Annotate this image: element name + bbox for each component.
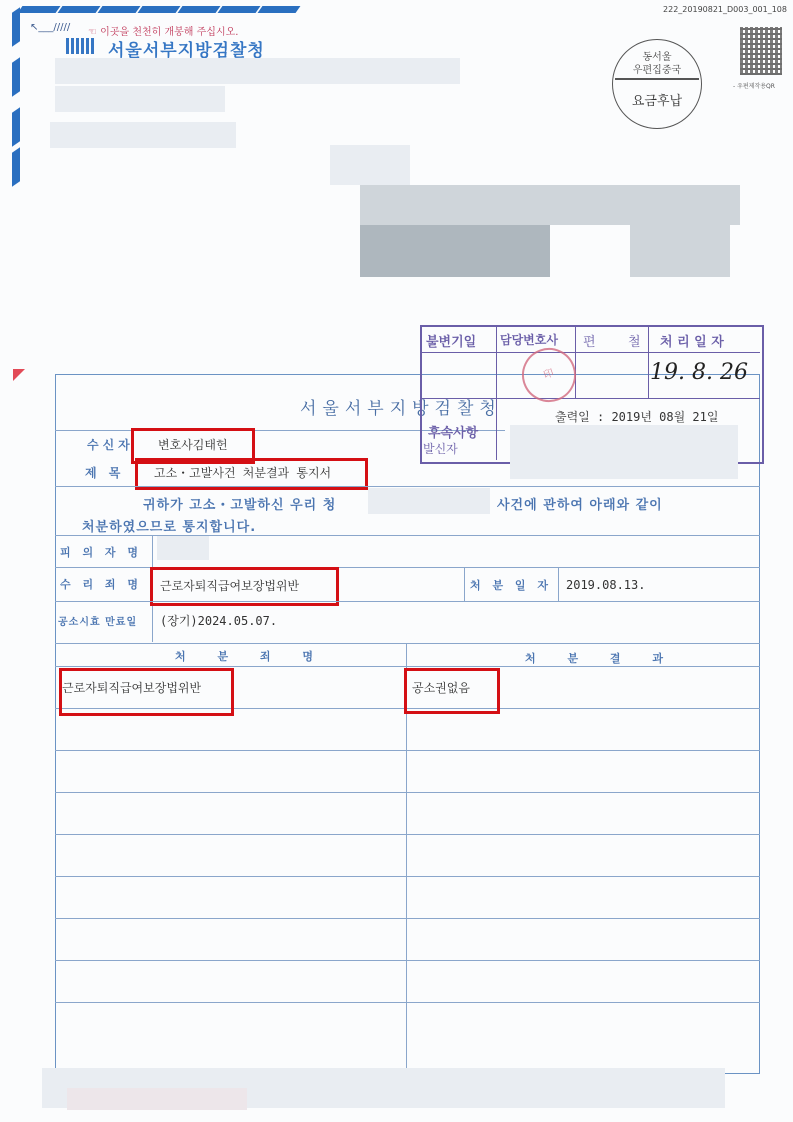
redacted-recipient [360, 225, 550, 277]
stripe [258, 6, 301, 13]
redacted-suspect-name [157, 536, 209, 560]
divider [55, 601, 760, 602]
document-id: 222_20190821_D003_001_108 [663, 5, 787, 14]
stripe [12, 147, 20, 187]
notice-body-line1a: 귀하가 고소・고발하신 우리 청 [143, 494, 336, 513]
row-divider [55, 876, 760, 877]
redacted-recipient [360, 185, 740, 225]
stripe [12, 107, 20, 147]
prosecutor-logo-icon [66, 38, 96, 54]
charge-label: 수 리 죄 명 [60, 576, 142, 592]
col-charge-header: 처 분 죄 명 [175, 648, 327, 664]
divider [558, 567, 559, 601]
row-divider [55, 960, 760, 961]
followup-label: 후속사항 [428, 422, 478, 441]
notice-body-line2: 처분하였으므로 통지합니다. [82, 516, 256, 535]
redacted-address [50, 122, 236, 148]
divider [420, 398, 760, 399]
postmark-divider [615, 78, 699, 80]
redacted-sender [510, 452, 738, 479]
redacted-address [55, 86, 225, 112]
notice-body-line1b: 사건에 관하여 아래와 같이 [497, 494, 663, 513]
redacted-sender [510, 425, 738, 452]
redacted-address [55, 58, 460, 84]
stripe [218, 6, 261, 13]
opening-arrow: ↖___///// [30, 22, 70, 33]
corner-mark-icon [13, 369, 25, 381]
stripe [98, 6, 141, 13]
statute-label: 공소시효 만료일 [58, 613, 137, 628]
postmark-line3: 요금후납 [613, 90, 701, 109]
divider [575, 325, 576, 398]
stripe [18, 6, 61, 13]
redacted-recipient [630, 225, 730, 277]
qr-code-icon [740, 27, 782, 75]
divider [648, 325, 649, 398]
statute-value: (장기)2024.05.07. [160, 612, 277, 629]
divider [464, 567, 465, 601]
stamp-header: 편 [583, 331, 596, 350]
sender-label: 발신자 [423, 440, 458, 457]
disposition-date-value: 2019.08.13. [566, 578, 645, 592]
stripe [58, 6, 101, 13]
divider [55, 486, 760, 487]
row-divider [55, 792, 760, 793]
pointing-hand-icon: ☜ [88, 27, 100, 38]
row-divider [55, 750, 760, 751]
postmark: 동서울 우편집중국 요금후납 [612, 39, 702, 129]
stamp-header: 처 리 일 자 [660, 331, 724, 350]
redacted-footer [67, 1088, 247, 1110]
subject-label: 제 목 [85, 464, 124, 481]
stripe [12, 57, 20, 97]
redacted-case-number [368, 488, 490, 514]
divider [55, 666, 760, 667]
handwritten-date: 19. 8. 26 [650, 360, 748, 385]
suspect-label: 피 의 자 명 [60, 544, 142, 560]
divider [496, 325, 497, 460]
row-divider [55, 834, 760, 835]
divider [55, 643, 760, 644]
postmark-line2: 우편집중국 [613, 61, 701, 76]
qr-label: - 우편제작용QR [733, 81, 775, 90]
divider [420, 352, 760, 353]
stripe [178, 6, 221, 13]
row-divider [55, 1002, 760, 1003]
stripe [138, 6, 181, 13]
redacted-recipient [330, 145, 410, 185]
stamp-header: 담당변호사 [500, 331, 558, 348]
stamp-header: 철 [628, 331, 641, 350]
col-result-header: 처 분 결 과 [525, 650, 677, 666]
disposition-date-label: 처 분 일 자 [470, 577, 552, 593]
recipient-label: 수신자 [87, 436, 134, 453]
stripe [12, 7, 20, 47]
row-divider [55, 918, 760, 919]
stamp-header: 불변기일 [426, 331, 476, 350]
highlight-box [59, 668, 234, 716]
highlight-box [404, 668, 500, 714]
